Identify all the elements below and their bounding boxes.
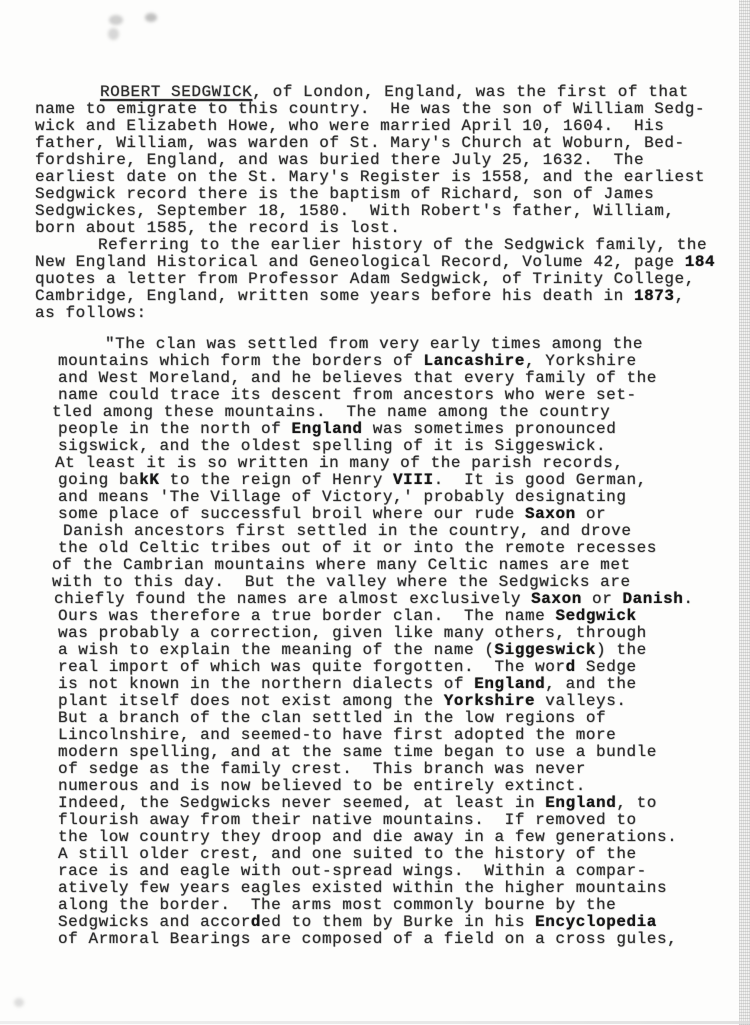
text-segment: and means 'The Village of Victory,' prob… <box>58 488 627 506</box>
text-segment: d <box>566 658 576 676</box>
text-line: mountains which form the borders of Lanc… <box>58 353 715 370</box>
page-text: ROBERT SEDGWICK, of London, England, was… <box>0 84 715 948</box>
text-segment: the old Celtic tribes out of it or into … <box>58 539 657 557</box>
text-segment: people in the north of <box>58 420 292 438</box>
text-line: people in the north of England was somet… <box>58 421 715 438</box>
text-line: Danish ancestors first settled in the co… <box>63 523 715 540</box>
text-segment: race is and eagle with out-spread wings.… <box>58 862 647 880</box>
text-line: with to this day. But the valley where t… <box>52 574 715 591</box>
text-line: atively few years eagles existed within … <box>58 880 715 897</box>
text-line: chiefly found the names are almost exclu… <box>54 591 715 608</box>
text-line: real import of which was quite forgotten… <box>58 659 715 676</box>
text-line: Lincolnshire, and seemed-to have first a… <box>58 727 715 744</box>
text-line: fordshire, England, and was buried there… <box>35 152 715 169</box>
text-segment: or <box>582 590 623 608</box>
text-segment: name to emigrate to this country. He was… <box>35 100 705 118</box>
text-segment: Ours was therefore a true border clan. T… <box>58 607 555 625</box>
text-segment: 1873 <box>634 287 675 305</box>
text-segment: A still older crest, and one suited to t… <box>58 845 637 863</box>
text-segment: England <box>292 420 363 438</box>
text-segment: Sedgwicks and accor <box>58 913 251 931</box>
text-line: race is and eagle with out-spread wings.… <box>58 863 715 880</box>
text-segment: New England Historical and Geneological … <box>35 253 685 271</box>
text-segment: tled among these mountains. The name amo… <box>52 403 610 421</box>
text-segment: modern spelling, and at the same time be… <box>58 743 657 761</box>
text-line: Referring to the earlier history of the … <box>98 237 715 254</box>
text-segment: kK <box>139 471 159 489</box>
text-segment: "The clan was settled from very early ti… <box>105 335 643 353</box>
scan-edge-artifact <box>739 0 750 1025</box>
document-page: ROBERT SEDGWICK, of London, England, was… <box>0 0 750 1025</box>
text-segment: Sedgwick record there is the baptism of … <box>35 185 654 203</box>
text-line: But a branch of the clan settled in the … <box>58 710 715 727</box>
text-segment: . It is good German, <box>434 471 647 489</box>
paragraph-letter-quote: "The clan was settled from very early ti… <box>58 336 715 948</box>
text-line: plant itself does not exist among the Yo… <box>58 693 715 710</box>
text-line: as follows: <box>35 305 715 322</box>
text-line: wick and Elizabeth Howe, who were marrie… <box>35 118 715 135</box>
text-line: flourish away from their native mountain… <box>58 812 715 829</box>
text-line: Ours was therefore a true border clan. T… <box>58 608 715 625</box>
text-segment: chiefly found the names are almost exclu… <box>54 590 531 608</box>
text-line: earliest date on the St. Mary's Register… <box>35 169 715 186</box>
text-line: of sedge as the family crest. This branc… <box>58 761 715 778</box>
text-segment: , <box>675 287 685 305</box>
text-segment: father, William, was warden of St. Mary'… <box>35 134 685 152</box>
text-segment: ROBERT SEDGWICK <box>100 83 252 101</box>
text-segment: ) the <box>596 641 647 659</box>
scan-smudge <box>145 13 157 22</box>
text-line: numerous and is now believed to be entir… <box>58 778 715 795</box>
text-segment: Lancashire <box>423 352 525 370</box>
text-line: Cambridge, England, written some years b… <box>35 288 715 305</box>
text-segment: with to this day. But the valley where t… <box>52 573 631 591</box>
text-segment: or <box>576 505 606 523</box>
text-line: along the border. The arms most commonly… <box>58 897 715 914</box>
text-line: tled among these mountains. The name amo… <box>52 404 715 421</box>
text-segment: of sedge as the family crest. This branc… <box>58 760 586 778</box>
text-line: Sedgwickes, September 18, 1580. With Rob… <box>35 203 715 220</box>
text-segment: Siggeswick <box>495 641 597 659</box>
text-segment: , Yorkshire <box>525 352 637 370</box>
text-segment: Sedge <box>576 658 637 676</box>
text-segment: was sometimes pronounced <box>363 420 617 438</box>
text-segment: , of London, England, was the first of t… <box>252 83 689 101</box>
text-segment: a wish to explain the meaning of the nam… <box>58 641 495 659</box>
text-segment: earliest date on the St. Mary's Register… <box>35 168 705 186</box>
text-segment: numerous and is now believed to be entir… <box>58 777 586 795</box>
text-line: sigswick, and the oldest spelling of it … <box>58 438 715 455</box>
text-segment: the low country they droop and die away … <box>58 828 677 846</box>
text-segment: Sedgwick <box>555 607 636 625</box>
text-segment: d <box>251 913 261 931</box>
text-segment: real import of which was quite forgotten… <box>58 658 566 676</box>
text-segment: of Armoral Bearings are composed of a fi… <box>58 930 677 948</box>
text-line: modern spelling, and at the same time be… <box>58 744 715 761</box>
text-segment: of the Cambrian mountains where many Cel… <box>52 556 631 574</box>
text-line: A still older crest, and one suited to t… <box>58 846 715 863</box>
text-line: born about 1585, the record is lost. <box>35 220 715 237</box>
text-segment: Referring to the earlier history of the … <box>98 236 707 254</box>
text-line: and means 'The Village of Victory,' prob… <box>58 489 715 506</box>
text-segment: quotes a letter from Professor Adam Sedg… <box>35 270 695 288</box>
text-line: a wish to explain the meaning of the nam… <box>58 642 715 659</box>
text-segment: Cambridge, England, written some years b… <box>35 287 634 305</box>
text-segment: Danish <box>623 590 684 608</box>
text-segment: Sedgwickes, September 18, 1580. With Rob… <box>35 202 675 220</box>
text-segment: and West Moreland, and he believes that … <box>58 369 657 387</box>
text-line: going bakK to the reign of Henry VIII. I… <box>58 472 715 489</box>
text-line: "The clan was settled from very early ti… <box>105 336 715 353</box>
scan-smudge <box>108 28 119 40</box>
text-segment: . <box>683 590 693 608</box>
text-segment: Danish ancestors first settled in the co… <box>63 522 632 540</box>
text-line: Indeed, the Sedgwicks never seemed, at l… <box>58 795 715 812</box>
text-segment: At least it is so written in many of the… <box>55 454 624 472</box>
text-segment: VIII <box>393 471 434 489</box>
text-line: At least it is so written in many of the… <box>55 455 715 472</box>
text-line: is not known in the northern dialects of… <box>58 676 715 693</box>
text-segment: flourish away from their native mountain… <box>58 811 637 829</box>
text-segment: wick and Elizabeth Howe, who were marrie… <box>35 117 664 135</box>
text-line: New England Historical and Geneological … <box>35 254 715 271</box>
paragraph-intro: ROBERT SEDGWICK, of London, England, was… <box>35 84 715 237</box>
text-segment: mountains which form the borders of <box>58 352 423 370</box>
text-segment: atively few years eagles existed within … <box>58 879 667 897</box>
text-line: some place of successful broil where our… <box>58 506 715 523</box>
text-line: quotes a letter from Professor Adam Sedg… <box>35 271 715 288</box>
scan-smudge <box>14 998 24 1007</box>
scan-smudge <box>109 15 123 25</box>
text-line: was probably a correction, given like ma… <box>58 625 715 642</box>
text-segment: is not known in the northern dialects of <box>58 675 474 693</box>
text-line: the old Celtic tribes out of it or into … <box>58 540 715 557</box>
text-segment: fordshire, England, and was buried there… <box>35 151 644 169</box>
text-segment: Saxon <box>525 505 576 523</box>
text-line: name could trace its descent from ancest… <box>58 387 715 404</box>
text-line: ROBERT SEDGWICK, of London, England, was… <box>100 84 715 101</box>
text-line: the low country they droop and die away … <box>58 829 715 846</box>
text-segment: was probably a correction, given like ma… <box>58 624 647 642</box>
text-line: Sedgwick record there is the baptism of … <box>35 186 715 203</box>
text-segment: , to <box>616 794 657 812</box>
text-line: Sedgwicks and accorded to them by Burke … <box>58 914 715 931</box>
text-line: of the Cambrian mountains where many Cel… <box>52 557 715 574</box>
text-segment: along the border. The arms most commonly… <box>58 896 616 914</box>
text-segment: plant itself does not exist among the <box>58 692 444 710</box>
text-segment: going ba <box>58 471 139 489</box>
text-segment: sigswick, and the oldest spelling of it … <box>58 437 606 455</box>
text-segment: to the reign of Henry <box>160 471 394 489</box>
text-segment: Lincolnshire, and seemed-to have first a… <box>58 726 616 744</box>
text-segment: Saxon <box>531 590 582 608</box>
text-segment: some place of successful broil where our… <box>58 505 525 523</box>
text-line: of Armoral Bearings are composed of a fi… <box>58 931 715 948</box>
text-segment: But a branch of the clan settled in the … <box>58 709 606 727</box>
text-line: and West Moreland, and he believes that … <box>58 370 715 387</box>
text-segment: Indeed, the Sedgwicks never seemed, at l… <box>58 794 545 812</box>
text-segment: as follows: <box>35 304 147 322</box>
text-segment: name could trace its descent from ancest… <box>58 386 637 404</box>
text-segment: , and the <box>545 675 636 693</box>
text-segment: Encyclopedia <box>535 913 657 931</box>
text-segment: valleys. <box>535 692 626 710</box>
text-segment: England <box>545 794 616 812</box>
paragraph-referring: Referring to the earlier history of the … <box>35 237 715 322</box>
text-line: name to emigrate to this country. He was… <box>35 101 715 118</box>
text-segment: Yorkshire <box>444 692 535 710</box>
scan-bottom-edge <box>0 1021 750 1024</box>
text-line: father, William, was warden of St. Mary'… <box>35 135 715 152</box>
text-segment: born about 1585, the record is lost. <box>35 219 400 237</box>
text-segment: England <box>474 675 545 693</box>
text-segment: ed to them by Burke in his <box>261 913 535 931</box>
text-segment: 184 <box>685 253 715 271</box>
